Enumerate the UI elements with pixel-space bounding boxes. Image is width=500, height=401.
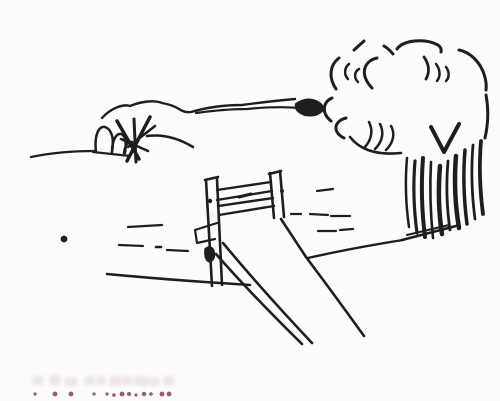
watermark-dot [69, 392, 74, 397]
watermark-dot [53, 392, 58, 397]
tree [324, 41, 487, 240]
watermark-smudge [163, 376, 175, 385]
tree-base-line-a [402, 226, 456, 240]
left-field-dash-1 [128, 225, 162, 227]
canopy-left-slash [354, 41, 364, 50]
bush-arc-1 [96, 127, 113, 152]
hanging-stroke-4 [430, 162, 433, 238]
watermark-dot [134, 393, 137, 396]
watermark-dot [92, 392, 95, 395]
hanging-stroke-9 [472, 145, 475, 219]
hanging-stroke-2 [414, 161, 417, 233]
left-post-hinge-blob [205, 247, 215, 262]
watermark-smudge [122, 376, 133, 385]
watermark-dot [149, 392, 153, 396]
hanging-stroke-7 [455, 156, 459, 228]
canopy-top-arc [397, 41, 441, 52]
canopy-inner-mark-1 [345, 64, 349, 79]
canopy-bottom-curl-3 [386, 126, 393, 150]
watermark-smudge [134, 376, 149, 386]
left-horizon-line [31, 151, 94, 157]
right-field-dash-1 [317, 189, 333, 191]
watermark-smudge [32, 376, 44, 385]
canopy-top-tick [384, 46, 393, 54]
watermark-cutoff-text [32, 375, 175, 397]
right-post-right-edge [280, 171, 284, 217]
right-field-dash-6 [340, 229, 353, 230]
watermark-dot [33, 392, 36, 395]
path-right-edge [281, 219, 364, 336]
left-field-dash-2 [119, 245, 143, 246]
gate [195, 171, 284, 286]
watermark-smudge [84, 376, 95, 385]
rail-2-lower-edge [219, 206, 274, 215]
left-post-bracket [195, 223, 217, 243]
hanging-stroke-10 [480, 141, 483, 214]
path-and-field [107, 219, 403, 344]
watermark-dot [167, 392, 172, 397]
rail-1-upper-edge [217, 182, 271, 190]
rail-smudge [239, 194, 251, 197]
hill-and-left-ground [31, 99, 323, 162]
left-post-left-edge [206, 180, 212, 286]
hanging-stroke-3 [422, 158, 425, 237]
sketch-image [0, 0, 500, 401]
left-field-dash-4 [167, 250, 188, 251]
canopy-right-paren-2 [436, 64, 440, 81]
canopy-left-paren [331, 58, 339, 89]
canopy-left-curl-2 [336, 118, 346, 138]
canopy-right-outline-upper [459, 50, 486, 90]
tuft-shoulder-stroke [147, 135, 193, 147]
left-post-knot-dot [208, 199, 212, 203]
canopy-left-curl-1 [324, 98, 332, 121]
canopy-right-paren-3 [446, 67, 449, 81]
hill-dark-blob [296, 100, 323, 116]
left-post-right-edge [217, 179, 222, 285]
field-line-to-tree [308, 240, 403, 258]
watermark-smudge [49, 375, 61, 385]
hanging-stroke-1 [406, 158, 409, 227]
path-left-edge-outer [216, 254, 302, 344]
watermark-dot [160, 392, 165, 397]
watermark-dot [127, 392, 131, 396]
field-dot [61, 236, 68, 243]
path-left-edge-inner [223, 243, 312, 343]
watermark-dot [112, 393, 116, 397]
right-post-knot-dot [280, 189, 284, 193]
hanging-stroke-5 [439, 166, 442, 234]
sketch-canvas [0, 0, 500, 401]
canopy-v-mark [431, 124, 459, 152]
hanging-stroke-8 [464, 150, 467, 224]
watermark-smudge [109, 376, 122, 386]
watermark-smudge [96, 376, 106, 385]
watermark-dot [105, 392, 108, 395]
ink-dots [61, 189, 284, 242]
canopy-bottom-curl-2 [375, 124, 382, 149]
watermark-dot [142, 392, 146, 396]
canopy-right-outline-lower [485, 95, 488, 138]
watermark-smudge [149, 377, 160, 386]
right-post-left-edge [270, 173, 274, 218]
watermark-smudge [64, 377, 78, 386]
right-field-dash-3 [310, 214, 328, 215]
canopy-bottom-curl-1 [365, 122, 371, 147]
ground-line [107, 274, 250, 285]
canopy-right-paren-1 [424, 57, 428, 79]
watermark-dot [120, 392, 125, 397]
hanging-stroke-6 [447, 161, 450, 230]
field-dashes [119, 189, 353, 251]
canopy-inner-mark-2 [355, 69, 359, 82]
canopy-inner-mark-3 [364, 58, 377, 88]
